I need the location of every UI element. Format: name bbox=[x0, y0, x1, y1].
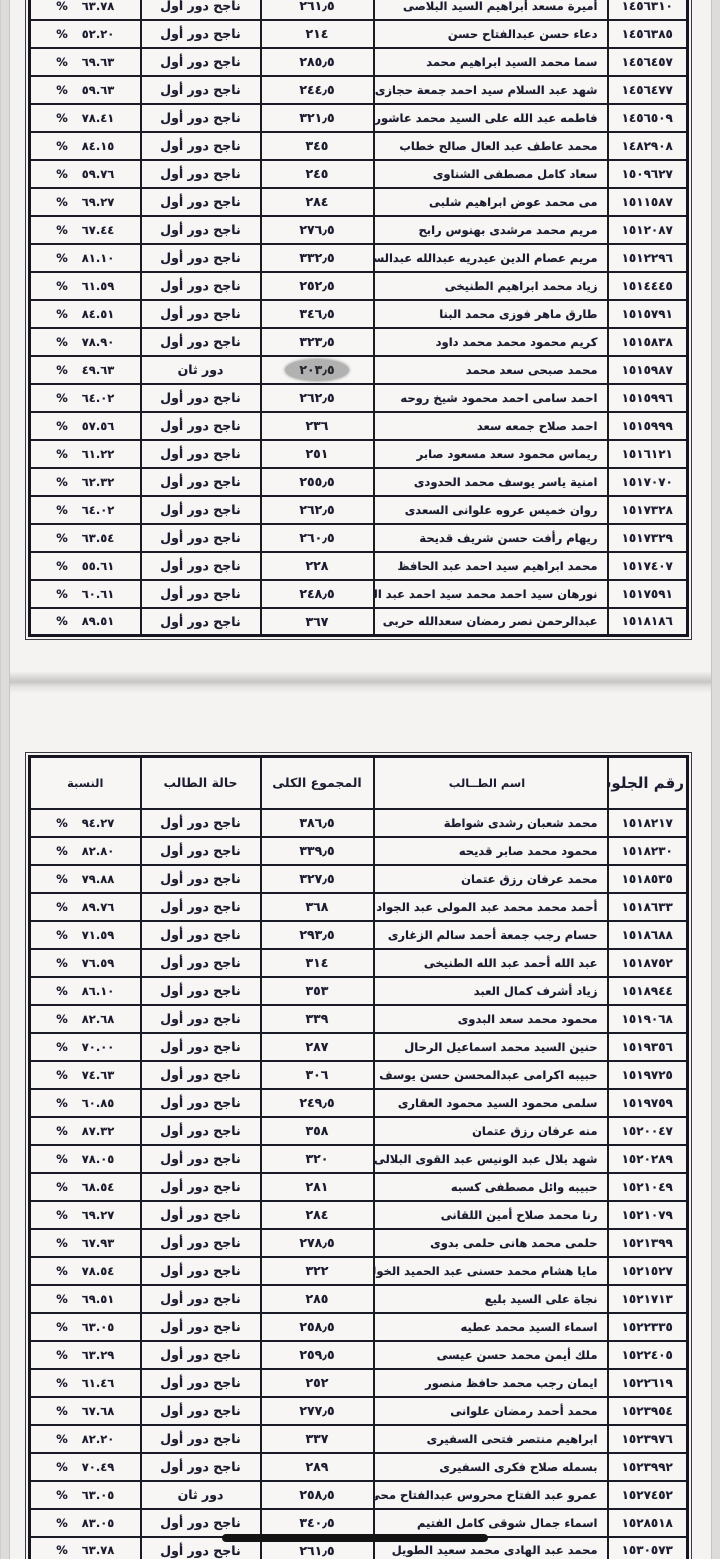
table-row: ١٤٥٦٤٧٧شهد عبد السلام سيد احمد جمعة حجاز… bbox=[30, 76, 688, 104]
black-marker-line bbox=[222, 1534, 488, 1542]
student-name-cell: حسام رجب جمعة أحمد سالم الزغارى bbox=[374, 921, 608, 949]
total-score-cell: ٢٥٢ bbox=[261, 1369, 374, 1397]
seat-number-cell: ١٥٢٢٤٠٥ bbox=[608, 1341, 688, 1369]
percentage-cell: ٨٧.٣٢ % bbox=[30, 1117, 141, 1145]
total-score-cell: ٣٤٦٫٥ bbox=[261, 300, 374, 328]
student-name-cell: ايمان رجب محمد حافظ منصور bbox=[374, 1369, 608, 1397]
total-score-cell: ٢١٤ bbox=[261, 20, 374, 48]
student-status-cell: ناجح دور أول bbox=[141, 1397, 261, 1425]
student-name-cell: عبدالرحمن نصر رمضان سعدالله حربى bbox=[374, 608, 608, 636]
table-row: ١٥١٥٩٩٦احمد سامى احمد محمود شيخ روحه٢٦٢٫… bbox=[30, 384, 688, 412]
student-name-cell: زياد محمد ابراهيم الطنيخى bbox=[374, 272, 608, 300]
student-name-cell: ريماس محمود سعد مسعود صابر bbox=[374, 440, 608, 468]
student-status-cell: ناجح دور أول bbox=[141, 552, 261, 580]
student-name-cell: طارق ماهر فوزى محمد البنا bbox=[374, 300, 608, 328]
student-status-cell: ناجح دور أول bbox=[141, 1117, 261, 1145]
page-break-shadow bbox=[0, 671, 720, 693]
percentage-cell: ٦١.٤٦ % bbox=[30, 1369, 141, 1397]
seat-number-cell: ١٥١٧٣٢٩ bbox=[608, 524, 688, 552]
student-status-cell: ناجح دور أول bbox=[141, 20, 261, 48]
seat-number-cell: ١٥٢١٠٧٩ bbox=[608, 1201, 688, 1229]
seat-number-cell: ١٥١٨١٨٦ bbox=[608, 608, 688, 636]
seat-number-cell: ١٤٥٦٣١٠ bbox=[608, 0, 688, 20]
seat-number-cell: ١٤٨٢٩٠٨ bbox=[608, 132, 688, 160]
table-row: ١٥٢٢٣٣٥اسماء السيد محمد عطيه٢٥٨٫٥ناجح دو… bbox=[30, 1313, 688, 1341]
student-status-cell: ناجح دور أول bbox=[141, 949, 261, 977]
seat-number-cell: ١٥١٥٩٨٧ bbox=[608, 356, 688, 384]
seat-number-cell: ١٥٣٠٥٧٣ bbox=[608, 1537, 688, 1559]
student-name-cell: احمد سامى احمد محمود شيخ روحه bbox=[374, 384, 608, 412]
percentage-cell: ٥٩.٧٦ % bbox=[30, 160, 141, 188]
table-row: ١٥٢١٠٧٩رنا محمد صلاح أمين اللقانى٢٨٤ناجح… bbox=[30, 1201, 688, 1229]
table-row: ١٥١٨٩٤٤زياد أشرف كمال العبد٣٥٣ناجح دور أ… bbox=[30, 977, 688, 1005]
percentage-cell: ٧٨.٤١ % bbox=[30, 104, 141, 132]
student-name-cell: اسماء جمال شوقى كامل الفتيم bbox=[374, 1509, 608, 1537]
table-row: ١٥١٩٠٦٨محمود محمد سعد البدوى٣٣٩ناجح دور … bbox=[30, 1005, 688, 1033]
percentage-cell: ٦٩.٢٧ % bbox=[30, 188, 141, 216]
table-row: ١٥١٦١٢١ريماس محمود سعد مسعود صابر٢٥١ناجح… bbox=[30, 440, 688, 468]
total-score-cell: ٢٥٩٫٥ bbox=[261, 1341, 374, 1369]
student-name-cell: دعاء حسن عبدالفتاح حسن bbox=[374, 20, 608, 48]
table-row: ١٥٢٣٩٧٦ابراهيم منتصر فتحى السفيرى٣٣٧ناجح… bbox=[30, 1425, 688, 1453]
seat-number-cell: ١٥٢١٠٤٩ bbox=[608, 1173, 688, 1201]
total-score-cell: ٣٠٦ bbox=[261, 1061, 374, 1089]
table-row: ١٥١٢٠٨٧مريم محمد مرشدى بهنوس رابح٢٧٦٫٥نا… bbox=[30, 216, 688, 244]
seat-number-cell: ١٥١٨٥٣٥ bbox=[608, 865, 688, 893]
table-row: ١٥١٩٧٢٥حبيبه اكرامى عبدالمحسن حسن يوسف٣٠… bbox=[30, 1061, 688, 1089]
student-status-cell: ناجح دور أول bbox=[141, 300, 261, 328]
student-status-cell: ناجح دور أول bbox=[141, 1061, 261, 1089]
seat-number-cell: ١٥٢٢٣٣٥ bbox=[608, 1313, 688, 1341]
seat-number-cell: ١٥٢٣٩٥٤ bbox=[608, 1397, 688, 1425]
student-name-cell: نجاة على السيد بليع bbox=[374, 1285, 608, 1313]
seat-number-cell: ١٤٥٦٥٠٩ bbox=[608, 104, 688, 132]
percentage-cell: ٦٠.٦١ % bbox=[30, 580, 141, 608]
percentage-cell: ٦٩.٥١ % bbox=[30, 1285, 141, 1313]
page-right-edge bbox=[711, 0, 720, 1559]
student-status-cell: ناجح دور أول bbox=[141, 1425, 261, 1453]
total-score-cell: ٣٣٢٫٥ bbox=[261, 244, 374, 272]
student-status-cell: ناجح دور أول bbox=[141, 580, 261, 608]
student-name-cell: محمد عرفان رزق عتمان bbox=[374, 865, 608, 893]
total-score-cell: ٣٨٦٫٥ bbox=[261, 809, 374, 837]
student-name-cell: محمد شعبان رشدى شواطة bbox=[374, 809, 608, 837]
seat-number-cell: ١٥١٩٣٥٦ bbox=[608, 1033, 688, 1061]
student-status-cell: ناجح دور أول bbox=[141, 272, 261, 300]
table-header-row: رقم الجلوس اسم الطــالب المجموع الكلى حا… bbox=[30, 757, 688, 809]
student-status-cell: ناجح دور أول bbox=[141, 1257, 261, 1285]
total-score-cell: ٢٤٨٫٥ bbox=[261, 580, 374, 608]
total-score-cell: ٣٤٥ bbox=[261, 132, 374, 160]
total-score-cell: ٣٣٧ bbox=[261, 1425, 374, 1453]
percentage-cell: ٥٥.٦١ % bbox=[30, 552, 141, 580]
table-row: ١٥١٨٥٣٥محمد عرفان رزق عتمان٣٢٧٫٥ناجح دور… bbox=[30, 865, 688, 893]
seat-number-cell: ١٤٥٦٤٥٧ bbox=[608, 48, 688, 76]
student-name-cell: منه عرفان رزق عتمان bbox=[374, 1117, 608, 1145]
percentage-cell: ٨٩.٧٦ % bbox=[30, 893, 141, 921]
total-score-cell: ٢٤٥ bbox=[261, 160, 374, 188]
seat-number-cell: ١٥١٥٧٩١ bbox=[608, 300, 688, 328]
total-score-cell: ٣٦٧ bbox=[261, 608, 374, 636]
percentage-cell: ٧٨.٠٥ % bbox=[30, 1145, 141, 1173]
table-row: ١٥٢١٣٩٩حلمى محمد هانى حلمى بدوى٢٧٨٫٥ناجح… bbox=[30, 1229, 688, 1257]
seat-number-cell: ١٥١٧٥٩١ bbox=[608, 580, 688, 608]
seat-number-cell: ١٥١٧٣٢٨ bbox=[608, 496, 688, 524]
student-status-cell: ناجح دور أول bbox=[141, 1285, 261, 1313]
total-score-cell: ٢٤٤٫٥ bbox=[261, 76, 374, 104]
second-round-highlight: ٢٠٣٫٥ bbox=[285, 359, 348, 381]
table-row: ١٥١٥٩٨٧محمد صبحى سعد محمد٢٠٣٫٥دور ثان٤٩.… bbox=[30, 356, 688, 384]
table-row: ١٥٠٩٦٢٧سعاد كامل مصطفى الشناوى٢٤٥ناجح دو… bbox=[30, 160, 688, 188]
seat-number-cell: ١٥٢١٣٩٩ bbox=[608, 1229, 688, 1257]
seat-number-cell: ١٥١٥٩٩٩ bbox=[608, 412, 688, 440]
table-row: ١٤٨٢٩٠٨محمد عاطف عبد العال صالح خطاب٣٤٥ن… bbox=[30, 132, 688, 160]
total-score-cell: ٢٦٢٫٥ bbox=[261, 384, 374, 412]
percentage-cell: ٦٣.٧٨ % bbox=[30, 1537, 141, 1559]
seat-number-cell: ١٥١٢٠٨٧ bbox=[608, 216, 688, 244]
student-name-cell: امنية ياسر يوسف محمد الحدودى bbox=[374, 468, 608, 496]
percentage-cell: ٦٢.٣٢ % bbox=[30, 468, 141, 496]
seat-number-cell: ١٥١٥٩٩٦ bbox=[608, 384, 688, 412]
table-row: ١٥٢٧٤٥٢عمرو عبد الفتاح محروس عبدالفتاح م… bbox=[30, 1481, 688, 1509]
percentage-cell: ٨٩.٥١ % bbox=[30, 608, 141, 636]
student-status-cell: ناجح دور أول bbox=[141, 132, 261, 160]
seat-number-cell: ١٤٥٦٤٧٧ bbox=[608, 76, 688, 104]
seat-number-cell: ١٥١٩٧٥٩ bbox=[608, 1089, 688, 1117]
student-status-cell: ناجح دور أول bbox=[141, 188, 261, 216]
student-status-cell: ناجح دور أول bbox=[141, 1089, 261, 1117]
percentage-cell: ٦٨.٥٤ % bbox=[30, 1173, 141, 1201]
seat-number-cell: ١٥١٨٦٣٣ bbox=[608, 893, 688, 921]
percentage-cell: ٦٧.٦٨ % bbox=[30, 1397, 141, 1425]
student-name-cell: مريم عصام الدين عيدريه عبدالله عبدالسلام bbox=[374, 244, 608, 272]
percentage-cell: ٨٤.١٥ % bbox=[30, 132, 141, 160]
table-row: ١٥١٨٦٣٣أحمد محمد محمد عبد المولى عبد الج… bbox=[30, 893, 688, 921]
seat-number-cell: ١٥٢١٥٢٧ bbox=[608, 1257, 688, 1285]
student-status-cell: ناجح دور أول bbox=[141, 244, 261, 272]
table-row: ١٥٢١٧١٣نجاة على السيد بليع٢٨٥ناجح دور أو… bbox=[30, 1285, 688, 1313]
seat-number-cell: ١٥١٨٦٨٨ bbox=[608, 921, 688, 949]
student-status-cell: ناجح دور أول bbox=[141, 1033, 261, 1061]
percentage-cell: ٦٣.٠٥ % bbox=[30, 1481, 141, 1509]
header-total-score: المجموع الكلى bbox=[261, 757, 374, 809]
total-score-cell: ٢٧٧٫٥ bbox=[261, 1397, 374, 1425]
table-row: ١٥١٩٧٥٩سلمى محمود السيد محمود العقارى٢٤٩… bbox=[30, 1089, 688, 1117]
table-row: ١٥٢١٠٤٩حبيبه وائل مصطفى كسبه٢٨١ناجح دور … bbox=[30, 1173, 688, 1201]
table-row: ١٤٥٦٣١٠أميرة مسعد أبراهيم السيد البلاصى٢… bbox=[30, 0, 688, 20]
percentage-cell: ٧٨.٩٠ % bbox=[30, 328, 141, 356]
percentage-cell: ٦٩.٢٧ % bbox=[30, 1201, 141, 1229]
header-student-name: اسم الطــالب bbox=[374, 757, 608, 809]
results-table-top: ١٤٥٦٣١٠أميرة مسعد أبراهيم السيد البلاصى٢… bbox=[28, 0, 689, 637]
student-name-cell: سلمى محمود السيد محمود العقارى bbox=[374, 1089, 608, 1117]
student-name-cell: احمد صلاح جمعه سعد bbox=[374, 412, 608, 440]
percentage-cell: ٨١.١٠ % bbox=[30, 244, 141, 272]
total-score-cell: ٢٥٨٫٥ bbox=[261, 1481, 374, 1509]
table-row: ١٥١١٥٨٧مى محمد عوض ابراهيم شلبى٢٨٤ناجح د… bbox=[30, 188, 688, 216]
student-name-cell: عمرو عبد الفتاح محروس عبدالفتاح محى bbox=[374, 1481, 608, 1509]
student-name-cell: حبيبه اكرامى عبدالمحسن حسن يوسف bbox=[374, 1061, 608, 1089]
seat-number-cell: ١٥٢٠٢٨٩ bbox=[608, 1145, 688, 1173]
percentage-cell: ٥٩.٦٣ % bbox=[30, 76, 141, 104]
percentage-cell: ٧٦.٥٩ % bbox=[30, 949, 141, 977]
student-name-cell: بسمله صلاح فكرى السفيرى bbox=[374, 1453, 608, 1481]
student-name-cell: ملك أيمن محمد حسن عيسى bbox=[374, 1341, 608, 1369]
total-score-cell: ٣٥٣ bbox=[261, 977, 374, 1005]
student-name-cell: محمد صبحى سعد محمد bbox=[374, 356, 608, 384]
total-score-cell: ٢٦٢٫٥ bbox=[261, 496, 374, 524]
student-name-cell: زياد أشرف كمال العبد bbox=[374, 977, 608, 1005]
student-name-cell: مريم محمد مرشدى بهنوس رابح bbox=[374, 216, 608, 244]
student-name-cell: أحمد محمد محمد عبد المولى عبد الجواد bbox=[374, 893, 608, 921]
table-row: ١٥٢٠٢٨٩شهد بلال عبد الونيس عبد القوى الب… bbox=[30, 1145, 688, 1173]
table-row: ١٥١٧٣٢٩ريهام رأفت حسن شريف قديحة٢٦٠٫٥ناج… bbox=[30, 524, 688, 552]
seat-number-cell: ١٥٢٧٤٥٢ bbox=[608, 1481, 688, 1509]
student-status-cell: ناجح دور أول bbox=[141, 977, 261, 1005]
total-score-cell: ٢٨٩ bbox=[261, 1453, 374, 1481]
table-row: ١٥٢٢٤٠٥ملك أيمن محمد حسن عيسى٢٥٩٫٥ناجح د… bbox=[30, 1341, 688, 1369]
student-name-cell: شهد عبد السلام سيد احمد جمعة حجازى bbox=[374, 76, 608, 104]
total-score-cell: ٢٠٣٫٥ bbox=[261, 356, 374, 384]
seat-number-cell: ١٥١٨٢١٧ bbox=[608, 809, 688, 837]
seat-number-cell: ١٥١٩٠٦٨ bbox=[608, 1005, 688, 1033]
table-row: ١٥١٨٢١٧محمد شعبان رشدى شواطة٣٨٦٫٥ناجح دو… bbox=[30, 809, 688, 837]
seat-number-cell: ١٥١١٥٨٧ bbox=[608, 188, 688, 216]
percentage-cell: ٦٧.٩٣ % bbox=[30, 1229, 141, 1257]
table-row: ١٥٢٨٥١٨اسماء جمال شوقى كامل الفتيم٣٤٠٫٥ن… bbox=[30, 1509, 688, 1537]
total-score-cell: ٢٧٦٫٥ bbox=[261, 216, 374, 244]
student-status-cell: ناجح دور أول bbox=[141, 1145, 261, 1173]
table-row: ١٤٥٦٣٨٥دعاء حسن عبدالفتاح حسن٢١٤ناجح دور… bbox=[30, 20, 688, 48]
percentage-cell: ٨٢.٦٨ % bbox=[30, 1005, 141, 1033]
student-status-cell: ناجح دور أول bbox=[141, 1369, 261, 1397]
student-name-cell: نورهان سيد احمد محمد سيد احمد عبد الحافظ bbox=[374, 580, 608, 608]
table-row: ١٤٥٦٥٠٩فاطمه عبد الله على السيد محمد عاش… bbox=[30, 104, 688, 132]
student-name-cell: محمود محمد سعد البدوى bbox=[374, 1005, 608, 1033]
percentage-cell: ٧٤.٦٣ % bbox=[30, 1061, 141, 1089]
total-score-cell: ٢٥٢٫٥ bbox=[261, 272, 374, 300]
percentage-cell: ٦١.٢٢ % bbox=[30, 440, 141, 468]
total-score-cell: ٣٣٩ bbox=[261, 1005, 374, 1033]
table-row: ١٥٢٢٦١٩ايمان رجب محمد حافظ منصور٢٥٢ناجح … bbox=[30, 1369, 688, 1397]
student-name-cell: عبد الله أحمد عبد الله الطنيخى bbox=[374, 949, 608, 977]
total-score-cell: ٣٤٠٫٥ bbox=[261, 1509, 374, 1537]
table-row: ١٥١٧٣٢٨روان خميس عروه علوانى السعدى٢٦٢٫٥… bbox=[30, 496, 688, 524]
total-score-cell: ٢٦١٫٥ bbox=[261, 0, 374, 20]
seat-number-cell: ١٥٢٨٥١٨ bbox=[608, 1509, 688, 1537]
student-status-cell: ناجح دور أول bbox=[141, 216, 261, 244]
student-status-cell: ناجح دور أول bbox=[141, 865, 261, 893]
seat-number-cell: ١٥١٨٧٥٢ bbox=[608, 949, 688, 977]
percentage-cell: ٦٤.٠٢ % bbox=[30, 496, 141, 524]
total-score-cell: ٣٢٧٫٥ bbox=[261, 865, 374, 893]
student-name-cell: محمد أحمد رمضان علوانى bbox=[374, 1397, 608, 1425]
percentage-cell: ٦٧.٤٤ % bbox=[30, 216, 141, 244]
percentage-cell: ٧٩.٨٨ % bbox=[30, 865, 141, 893]
total-score-cell: ٢٨٤ bbox=[261, 188, 374, 216]
percentage-cell: ٧٠.٠٠ % bbox=[30, 1033, 141, 1061]
student-name-cell: أميرة مسعد أبراهيم السيد البلاصى bbox=[374, 0, 608, 20]
student-name-cell: اسماء السيد محمد عطيه bbox=[374, 1313, 608, 1341]
percentage-cell: ٨٢.٨٠ % bbox=[30, 837, 141, 865]
student-name-cell: حبيبه وائل مصطفى كسبه bbox=[374, 1173, 608, 1201]
seat-number-cell: ١٥١٨٢٣٠ bbox=[608, 837, 688, 865]
student-status-cell: ناجح دور أول bbox=[141, 1341, 261, 1369]
student-status-cell: ناجح دور أول bbox=[141, 104, 261, 132]
student-name-cell: محمود محمد صابر قديحه bbox=[374, 837, 608, 865]
student-name-cell: مى محمد عوض ابراهيم شلبى bbox=[374, 188, 608, 216]
percentage-cell: ٦٣.٢٩ % bbox=[30, 1341, 141, 1369]
total-score-cell: ٣٢٢ bbox=[261, 1257, 374, 1285]
student-name-cell: سعاد كامل مصطفى الشناوى bbox=[374, 160, 608, 188]
student-name-cell: حنين السيد محمد اسماعيل الرحال bbox=[374, 1033, 608, 1061]
percentage-cell: ٧١.٥٩ % bbox=[30, 921, 141, 949]
student-name-cell: محمد ابراهيم سيد احمد عبد الحافظ bbox=[374, 552, 608, 580]
table-row: ١٥١٨٢٣٠محمود محمد صابر قديحه٣٣٩٫٥ناجح دو… bbox=[30, 837, 688, 865]
table-row: ١٤٥٦٤٥٧سما محمد السيد ابراهيم محمد٢٨٥٫٥ن… bbox=[30, 48, 688, 76]
student-status-cell: ناجح دور أول bbox=[141, 468, 261, 496]
percentage-cell: ٥٢.٢٠ % bbox=[30, 20, 141, 48]
table-row: ١٥١٨٧٥٢عبد الله أحمد عبد الله الطنيخى٣١٤… bbox=[30, 949, 688, 977]
student-name-cell: رنا محمد صلاح أمين اللقانى bbox=[374, 1201, 608, 1229]
percentage-cell: ٦٤.٠٢ % bbox=[30, 384, 141, 412]
total-score-cell: ٣٦٨ bbox=[261, 893, 374, 921]
table-row: ١٥١٩٣٥٦حنين السيد محمد اسماعيل الرحال٢٨٧… bbox=[30, 1033, 688, 1061]
table-row: ١٥١٢٢٩٦مريم عصام الدين عيدريه عبدالله عب… bbox=[30, 244, 688, 272]
percentage-cell: ٨٦.١٠ % bbox=[30, 977, 141, 1005]
student-status-cell: ناجح دور أول bbox=[141, 1509, 261, 1537]
student-status-cell: ناجح دور أول bbox=[141, 412, 261, 440]
student-status-cell: ناجح دور أول bbox=[141, 384, 261, 412]
total-score-cell: ٢٥٨٫٥ bbox=[261, 1313, 374, 1341]
student-status-cell: ناجح دور أول bbox=[141, 328, 261, 356]
student-status-cell: ناجح دور أول bbox=[141, 0, 261, 20]
seat-number-cell: ١٤٥٦٣٨٥ bbox=[608, 20, 688, 48]
table-row: ١٥١٨١٨٦عبدالرحمن نصر رمضان سعدالله حربى٣… bbox=[30, 608, 688, 636]
student-name-cell: روان خميس عروه علوانى السعدى bbox=[374, 496, 608, 524]
total-score-cell: ٢٤٩٫٥ bbox=[261, 1089, 374, 1117]
percentage-cell: ٦١.٥٩ % bbox=[30, 272, 141, 300]
total-score-cell: ٢٥١ bbox=[261, 440, 374, 468]
student-status-cell: ناجح دور أول bbox=[141, 1229, 261, 1257]
percentage-cell: ٨٣.٠٥ % bbox=[30, 1509, 141, 1537]
table-row: ١٥٢٣٩٥٤محمد أحمد رمضان علوانى٢٧٧٫٥ناجح د… bbox=[30, 1397, 688, 1425]
student-name-cell: فاطمه عبد الله على السيد محمد عاشور bbox=[374, 104, 608, 132]
table-row: ١٥١٥٩٩٩احمد صلاح جمعه سعد٢٣٦ناجح دور أول… bbox=[30, 412, 688, 440]
percentage-cell: ٦٣.٧٨ % bbox=[30, 0, 141, 20]
total-score-cell: ٣٢١٫٥ bbox=[261, 104, 374, 132]
total-score-cell: ٢٥٥٫٥ bbox=[261, 468, 374, 496]
seat-number-cell: ١٥١٨٩٤٤ bbox=[608, 977, 688, 1005]
seat-number-cell: ١٥٢١٧١٣ bbox=[608, 1285, 688, 1313]
seat-number-cell: ١٥١٧٠٧٠ bbox=[608, 468, 688, 496]
header-student-status: حالة الطالب bbox=[141, 757, 261, 809]
total-score-cell: ٢٩٣٫٥ bbox=[261, 921, 374, 949]
percentage-cell: ٨٤.٥١ % bbox=[30, 300, 141, 328]
total-score-cell: ٣٢٠ bbox=[261, 1145, 374, 1173]
student-status-cell: ناجح دور أول bbox=[141, 893, 261, 921]
seat-number-cell: ١٥١٤٤٤٥ bbox=[608, 272, 688, 300]
table-row: ١٥١٤٤٤٥زياد محمد ابراهيم الطنيخى٢٥٢٫٥ناج… bbox=[30, 272, 688, 300]
percentage-cell: ٩٤.٢٧ % bbox=[30, 809, 141, 837]
table-row: ١٥٢١٥٢٧مايا هشام محمد حسنى عبد الحميد ال… bbox=[30, 1257, 688, 1285]
table-row: ١٥٢٣٩٩٢بسمله صلاح فكرى السفيرى٢٨٩ناجح دو… bbox=[30, 1453, 688, 1481]
table-row: ١٥١٧٠٧٠امنية ياسر يوسف محمد الحدودى٢٥٥٫٥… bbox=[30, 468, 688, 496]
student-name-cell: شهد بلال عبد الونيس عبد القوى البلالى bbox=[374, 1145, 608, 1173]
student-status-cell: ناجح دور أول bbox=[141, 496, 261, 524]
student-name-cell: سما محمد السيد ابراهيم محمد bbox=[374, 48, 608, 76]
total-score-cell: ٢٨١ bbox=[261, 1173, 374, 1201]
page-left-edge bbox=[0, 0, 10, 1559]
total-score-cell: ٣١٤ bbox=[261, 949, 374, 977]
student-status-cell: ناجح دور أول bbox=[141, 837, 261, 865]
student-name-cell: كريم محمود محمد محمد داود bbox=[374, 328, 608, 356]
student-status-cell: ناجح دور أول bbox=[141, 1201, 261, 1229]
table-row: ١٥١٥٧٩١طارق ماهر فوزى محمد البنا٣٤٦٫٥ناج… bbox=[30, 300, 688, 328]
student-status-cell: ناجح دور أول bbox=[141, 440, 261, 468]
percentage-cell: ٦٩.٦٣ % bbox=[30, 48, 141, 76]
student-status-cell: ناجح دور أول bbox=[141, 524, 261, 552]
student-name-cell: محمد عاطف عبد العال صالح خطاب bbox=[374, 132, 608, 160]
results-table-bottom: رقم الجلوس اسم الطــالب المجموع الكلى حا… bbox=[28, 755, 689, 1559]
seat-number-cell: ١٥١٦١٢١ bbox=[608, 440, 688, 468]
table-row: ١٥١٧٥٩١نورهان سيد احمد محمد سيد احمد عبد… bbox=[30, 580, 688, 608]
student-status-cell: ناجح دور أول bbox=[141, 1313, 261, 1341]
student-name-cell: مايا هشام محمد حسنى عبد الحميد الخولى bbox=[374, 1257, 608, 1285]
total-score-cell: ٢٢٨ bbox=[261, 552, 374, 580]
student-status-cell: ناجح دور أول bbox=[141, 1173, 261, 1201]
seat-number-cell: ١٥١٧٤٠٧ bbox=[608, 552, 688, 580]
total-score-cell: ٣٢٣٫٥ bbox=[261, 328, 374, 356]
student-status-cell: ناجح دور أول bbox=[141, 160, 261, 188]
student-status-cell: ناجح دور أول bbox=[141, 608, 261, 636]
student-name-cell: ريهام رأفت حسن شريف قديحة bbox=[374, 524, 608, 552]
total-score-cell: ٢٨٥٫٥ bbox=[261, 48, 374, 76]
seat-number-cell: ١٥١٥٨٣٨ bbox=[608, 328, 688, 356]
seat-number-cell: ١٥١٩٧٢٥ bbox=[608, 1061, 688, 1089]
total-score-cell: ٢٦٠٫٥ bbox=[261, 524, 374, 552]
student-status-cell: دور ثان bbox=[141, 356, 261, 384]
seat-number-cell: ١٥٢٣٩٩٢ bbox=[608, 1453, 688, 1481]
student-status-cell: ناجح دور أول bbox=[141, 1453, 261, 1481]
table-row: ١٥١٨٦٨٨حسام رجب جمعة أحمد سالم الزغارى٢٩… bbox=[30, 921, 688, 949]
total-score-cell: ٢٣٦ bbox=[261, 412, 374, 440]
seat-number-cell: ١٥٢٢٦١٩ bbox=[608, 1369, 688, 1397]
table-row: ١٥٢٠٠٤٧منه عرفان رزق عتمان٣٥٨ناجح دور أو… bbox=[30, 1117, 688, 1145]
student-status-cell: ناجح دور أول bbox=[141, 76, 261, 104]
percentage-cell: ٧٨.٥٤ % bbox=[30, 1257, 141, 1285]
total-score-cell: ٣٣٩٫٥ bbox=[261, 837, 374, 865]
percentage-cell: ٥٧.٥٦ % bbox=[30, 412, 141, 440]
table-row: ١٥١٥٨٣٨كريم محمود محمد محمد داود٣٢٣٫٥ناج… bbox=[30, 328, 688, 356]
seat-number-cell: ١٥١٢٢٩٦ bbox=[608, 244, 688, 272]
total-score-cell: ٢٨٤ bbox=[261, 1201, 374, 1229]
percentage-cell: ٧٠.٤٩ % bbox=[30, 1453, 141, 1481]
percentage-cell: ٦٠.٨٥ % bbox=[30, 1089, 141, 1117]
student-name-cell: حلمى محمد هانى حلمى بدوى bbox=[374, 1229, 608, 1257]
total-score-cell: ٢٧٨٫٥ bbox=[261, 1229, 374, 1257]
header-seat-number: رقم الجلوس bbox=[608, 757, 688, 809]
seat-number-cell: ١٥٢٣٩٧٦ bbox=[608, 1425, 688, 1453]
student-status-cell: دور ثان bbox=[141, 1481, 261, 1509]
percentage-cell: ٦٣.٠٥ % bbox=[30, 1313, 141, 1341]
student-status-cell: ناجح دور أول bbox=[141, 48, 261, 76]
percentage-cell: ٤٩.٦٣ % bbox=[30, 356, 141, 384]
seat-number-cell: ١٥٢٠٠٤٧ bbox=[608, 1117, 688, 1145]
total-score-cell: ٣٥٨ bbox=[261, 1117, 374, 1145]
student-name-cell: ابراهيم منتصر فتحى السفيرى bbox=[374, 1425, 608, 1453]
student-status-cell: ناجح دور أول bbox=[141, 1005, 261, 1033]
